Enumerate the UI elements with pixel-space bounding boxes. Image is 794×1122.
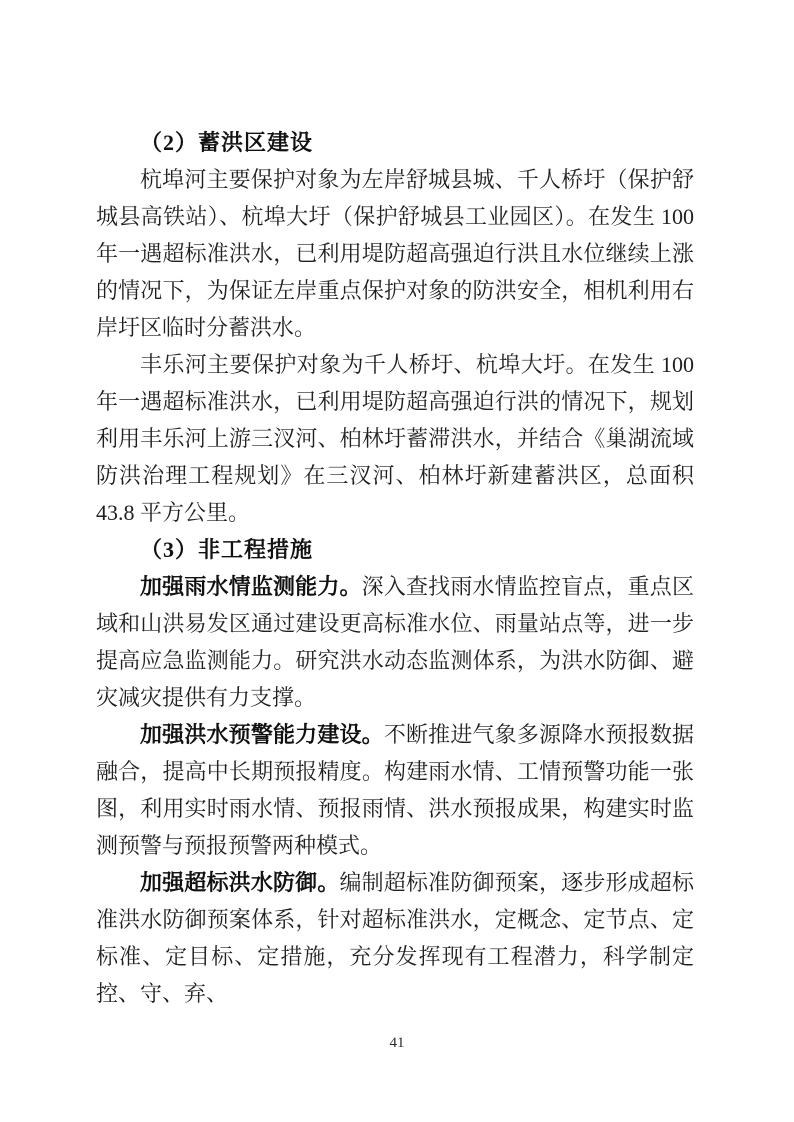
page-number: 41	[0, 1034, 794, 1052]
section-heading-storage-area: （2）蓄洪区建设	[96, 124, 694, 161]
paragraph-flood-defense-lead: 加强超标洪水防御。	[140, 870, 340, 895]
paragraph-flood-defense: 加强超标洪水防御。编制超标准防御预案，逐步形成超标准洪水防御预案体系，针对超标准…	[96, 864, 694, 1012]
paragraph-flood-warning-lead: 加强洪水预警能力建设。	[140, 722, 384, 747]
paragraph-monitoring: 加强雨水情监测能力。深入查找雨水情监控盲点，重点区域和山洪易发区通过建设更高标准…	[96, 568, 694, 716]
paragraph-fengle-river: 丰乐河主要保护对象为千人桥圩、杭埠大圩。在发生 100 年一遇超标准洪水，已利用…	[96, 346, 694, 531]
section-heading-nonstructural: （3）非工程措施	[96, 531, 694, 568]
document-page: （2）蓄洪区建设 杭埠河主要保护对象为左岸舒城县城、千人桥圩（保护舒城县高铁站）…	[0, 0, 794, 1122]
page-content: （2）蓄洪区建设 杭埠河主要保护对象为左岸舒城县城、千人桥圩（保护舒城县高铁站）…	[96, 124, 694, 1012]
paragraph-hangbu-river: 杭埠河主要保护对象为左岸舒城县城、千人桥圩（保护舒城县高铁站）、杭埠大圩（保护舒…	[96, 161, 694, 346]
paragraph-monitoring-lead: 加强雨水情监测能力。	[140, 574, 362, 599]
paragraph-flood-warning: 加强洪水预警能力建设。不断推进气象多源降水预报数据融合，提高中长期预报精度。构建…	[96, 716, 694, 864]
